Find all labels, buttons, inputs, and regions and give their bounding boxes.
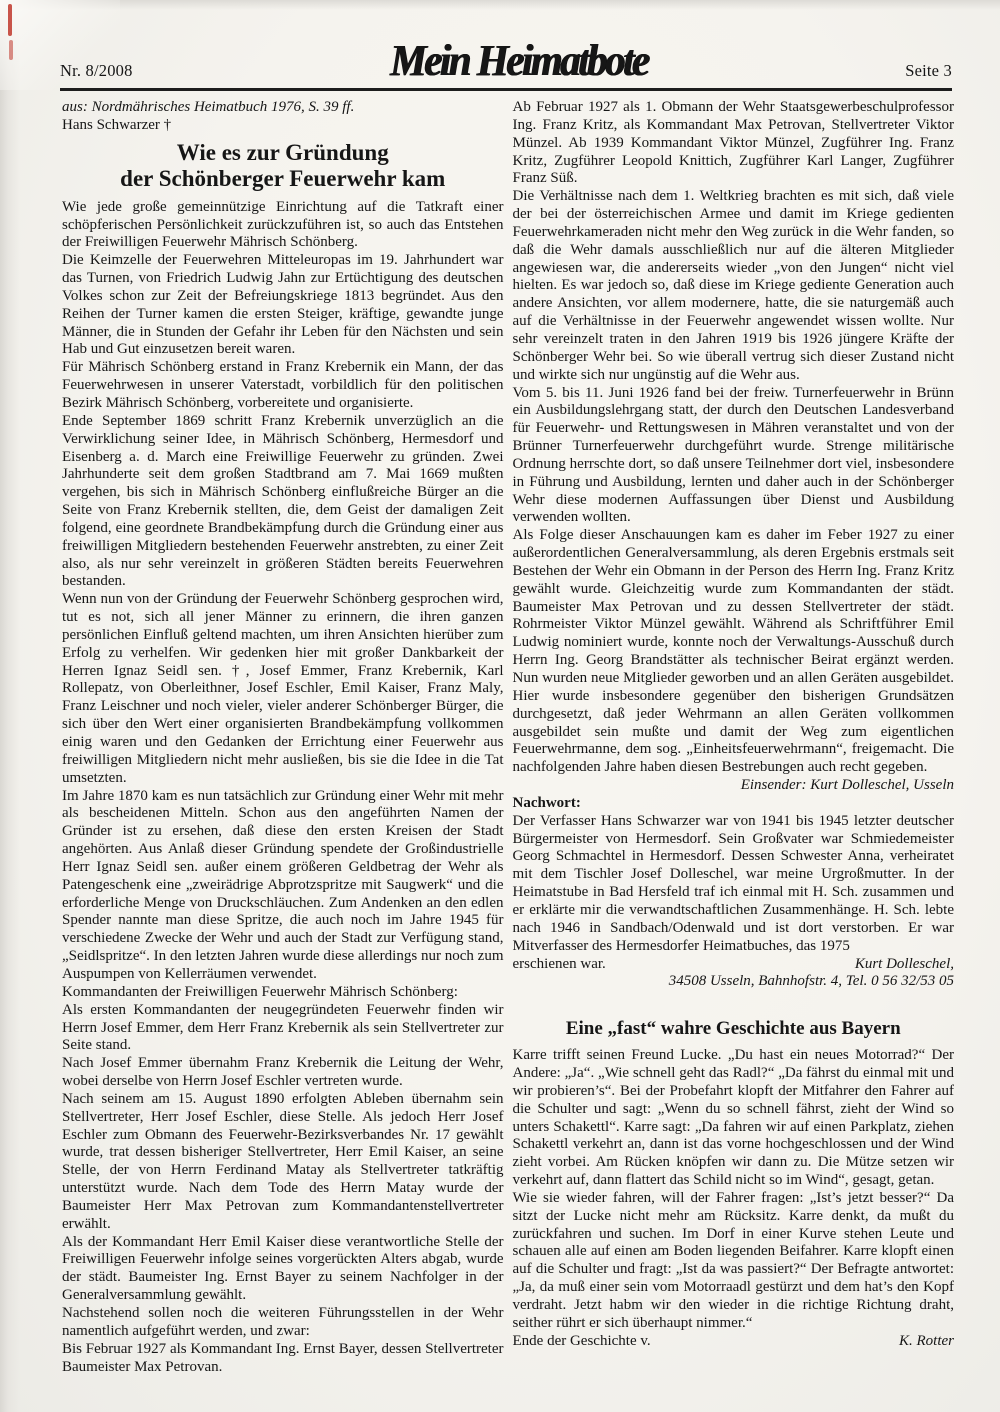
red-pen-mark	[9, 40, 13, 60]
author-line: Hans Schwarzer †	[62, 117, 504, 135]
nachwort-signature-line: erschienen war. Kurt Dolleschel,	[513, 956, 955, 974]
story-title: Eine „fast“ wahre Geschichte aus Bayern	[513, 1018, 955, 1040]
paragraph: Wenn nun von der Gründung der Feuerwehr …	[62, 591, 504, 787]
paragraph: Wie sie wieder fahren, will der Fahrer f…	[513, 1190, 955, 1333]
right-column: Ab Februar 1927 als 1. Obmann der Wehr S…	[513, 99, 955, 1376]
scanned-page: Nr. 8/2008 Mein Heimatbote Seite 3 aus: …	[0, 0, 1000, 1412]
paragraph: Als ersten Kommandanten der neugegründet…	[62, 1002, 504, 1056]
nachwort-body-end: erschienen war.	[513, 956, 606, 974]
paragraph: Bis Februar 1927 als Kommandant Ing. Ern…	[62, 1341, 504, 1377]
paragraph: Die Keimzelle der Feuerwehren Mitteleuro…	[62, 252, 504, 359]
paragraph: Vom 5. bis 11. Juni 1926 fand bei der fr…	[513, 385, 955, 528]
nachwort-address: 34508 Usseln, Bahnhofstr. 4, Tel. 0 56 3…	[513, 973, 955, 991]
nachwort-body: Der Verfasser Hans Schwarzer war von 194…	[513, 813, 955, 956]
submitter-line: Einsender: Kurt Dolleschel, Usseln	[513, 777, 955, 795]
paragraph: Als Folge dieser Anschauungen kam es dah…	[513, 527, 955, 777]
paragraph: Nach seinem am 15. August 1890 erfolgten…	[62, 1091, 504, 1234]
article-title-line1: Wie es zur Gründung	[62, 140, 504, 166]
issue-number: Nr. 8/2008	[60, 61, 133, 81]
scan-edge-shadow-left	[0, 0, 20, 1412]
article-title: Wie es zur Gründung der Schönberger Feue…	[62, 140, 504, 192]
paragraph: Die Verhältnisse nach dem 1. Weltkrieg b…	[513, 188, 955, 384]
article-columns: aus: Nordmährisches Heimatbuch 1976, S. …	[62, 99, 954, 1376]
left-column: aus: Nordmährisches Heimatbuch 1976, S. …	[62, 99, 504, 1376]
article-title-line2: der Schönberger Feuerwehr kam	[62, 166, 504, 192]
paragraph: Im Jahre 1870 kam es nun tatsächlich zur…	[62, 788, 504, 984]
masthead-logo: Mein Heimatbote	[390, 38, 647, 82]
page-number: Seite 3	[905, 61, 952, 81]
paragraph: Ende September 1869 schritt Franz Kreber…	[62, 413, 504, 591]
red-pen-mark	[8, 4, 12, 36]
paragraph: Als der Kommandant Herr Emil Kaiser dies…	[62, 1234, 504, 1305]
nachwort-label: Nachwort:	[513, 795, 955, 813]
paragraph: Für Mährisch Schönberg erstand in Franz …	[62, 359, 504, 413]
source-line: aus: Nordmährisches Heimatbuch 1976, S. …	[62, 99, 504, 117]
paragraph: Kommandanten der Freiwilligen Feuerwehr …	[62, 984, 504, 1002]
story-end-text: Ende der Geschichte v.	[513, 1333, 651, 1351]
nachwort-signature: Kurt Dolleschel,	[855, 956, 954, 974]
paragraph: Ab Februar 1927 als 1. Obmann der Wehr S…	[513, 99, 955, 188]
paragraph: Wie jede große gemeinnützige Einrichtung…	[62, 199, 504, 253]
page-header: Nr. 8/2008 Mein Heimatbote Seite 3	[60, 0, 952, 91]
paragraph: Karre trifft seinen Freund Lucke. „Du ha…	[513, 1047, 955, 1190]
paragraph: Nachstehend sollen noch die weiteren Füh…	[62, 1305, 504, 1341]
story-ending-line: Ende der Geschichte v. K. Rotter	[513, 1333, 955, 1351]
story-author: K. Rotter	[899, 1333, 954, 1351]
paragraph: Nach Josef Emmer übernahm Franz Kreberni…	[62, 1055, 504, 1091]
